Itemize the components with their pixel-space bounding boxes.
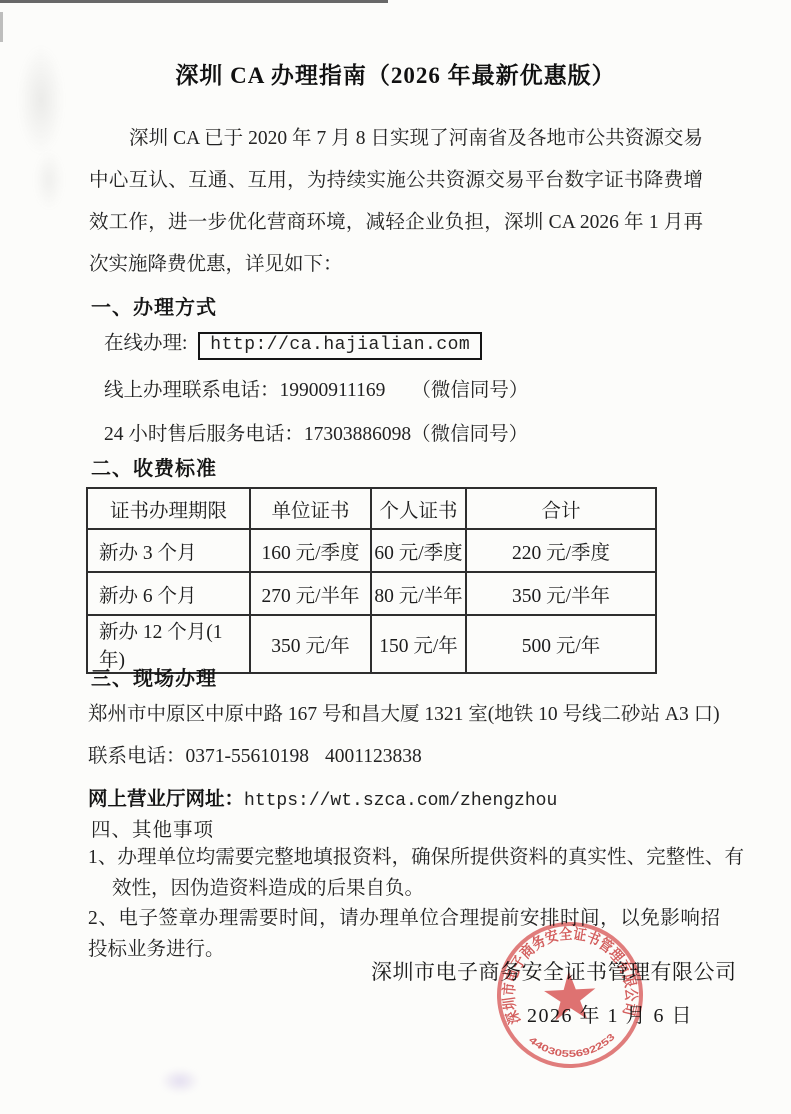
company-seal-stamp: 深圳市电子商务安全证书管理有限公司 4403055692253 — [483, 908, 657, 1082]
online-label: 在线办理: — [104, 333, 187, 354]
scan-artifact-left-edge — [0, 12, 3, 42]
scan-bleedthrough-smudge — [34, 150, 64, 210]
online-processing-line: 在线办理: http://ca.hajialian.com — [104, 327, 482, 360]
contact-phone-a: 0371-55610198 — [186, 746, 310, 767]
fee-table-row: 新办 6 个月 270 元/半年 80 元/半年 350 元/半年 — [87, 572, 656, 615]
online-contact-phone-line: 线上办理联系电话：19900911169（微信同号） — [104, 374, 528, 402]
contact-phone-b: 4001123838 — [325, 746, 422, 767]
page-title: 深圳 CA 办理指南（2026 年最新优惠版） — [0, 57, 791, 90]
office-address-line: 郑州市中原区中原中路 167 号和昌大厦 1321 室(地铁 10 号线二砂站 … — [88, 698, 720, 726]
contact-phones-line: 联系电话：0371-556101984001123838 — [88, 740, 422, 768]
fee-table-cell: 350 元/半年 — [466, 572, 656, 615]
fee-table-cell: 60 元/季度 — [371, 529, 466, 572]
fee-table-header-cell: 合计 — [466, 488, 656, 529]
fee-table-cell: 270 元/半年 — [250, 572, 371, 615]
scan-artifact-top-edge — [0, 0, 388, 3]
phone2-wechat-note: （微信同号） — [411, 424, 528, 445]
after-sales-phone-line: 24 小时售后服务电话：17303886098（微信同号） — [104, 418, 528, 446]
fee-table-cell: 220 元/季度 — [466, 529, 656, 572]
section-2-heading: 二、收费标准 — [91, 452, 217, 481]
scanned-document-page: 深圳 CA 办理指南（2026 年最新优惠版） 深圳 CA 已于 2020 年 … — [0, 0, 791, 1114]
fee-table-cell: 500 元/年 — [466, 615, 656, 673]
fee-table-header-row: 证书办理期限 单位证书 个人证书 合计 — [87, 488, 656, 529]
fee-table-cell: 150 元/年 — [371, 615, 466, 673]
online-hall-label: 网上营业厅网址： — [88, 788, 244, 810]
fee-table-cell: 新办 6 个月 — [87, 572, 250, 615]
scan-ink-smudge — [160, 1068, 200, 1094]
fee-table-header-cell: 单位证书 — [250, 488, 371, 529]
other-matters-item-1: 1、办理单位均需要完整地填报资料，确保所提供资料的真实性、完整性、有效性，因伪造… — [88, 842, 744, 904]
online-hall-url: https://wt.szca.com/zhengzhou — [244, 791, 557, 811]
online-hall-line: 网上营业厅网址：https://wt.szca.com/zhengzhou — [88, 783, 557, 811]
phone1-label: 线上办理联系电话： — [104, 380, 280, 401]
stamp-star-icon — [543, 970, 597, 1021]
fee-table-header-cell: 个人证书 — [371, 488, 466, 529]
fee-table-cell: 350 元/年 — [250, 615, 371, 673]
fee-table: 证书办理期限 单位证书 个人证书 合计 新办 3 个月 160 元/季度 60 … — [86, 487, 657, 674]
fee-table-cell: 新办 3 个月 — [87, 529, 250, 572]
fee-table-cell: 80 元/半年 — [371, 572, 466, 615]
section-3-heading: 三、现场办理 — [91, 662, 217, 691]
intro-paragraph: 深圳 CA 已于 2020 年 7 月 8 日实现了河南省及各地市公共资源交易中… — [89, 118, 703, 286]
section-4-heading: 四、其他事项 — [91, 814, 214, 842]
fee-table-header-cell: 证书办理期限 — [87, 488, 250, 529]
fee-table-cell: 160 元/季度 — [250, 529, 371, 572]
phone2-label: 24 小时售后服务电话： — [104, 424, 304, 445]
phone1-number: 19900911169 — [280, 380, 386, 401]
section-1-heading: 一、办理方式 — [91, 291, 217, 320]
phone2-number: 17303886098 — [304, 424, 411, 445]
contact-phones-label: 联系电话： — [88, 746, 186, 767]
online-url-box: http://ca.hajialian.com — [198, 332, 482, 360]
fee-table-row: 新办 3 个月 160 元/季度 60 元/季度 220 元/季度 — [87, 529, 656, 572]
phone1-wechat-note: （微信同号） — [411, 380, 528, 401]
